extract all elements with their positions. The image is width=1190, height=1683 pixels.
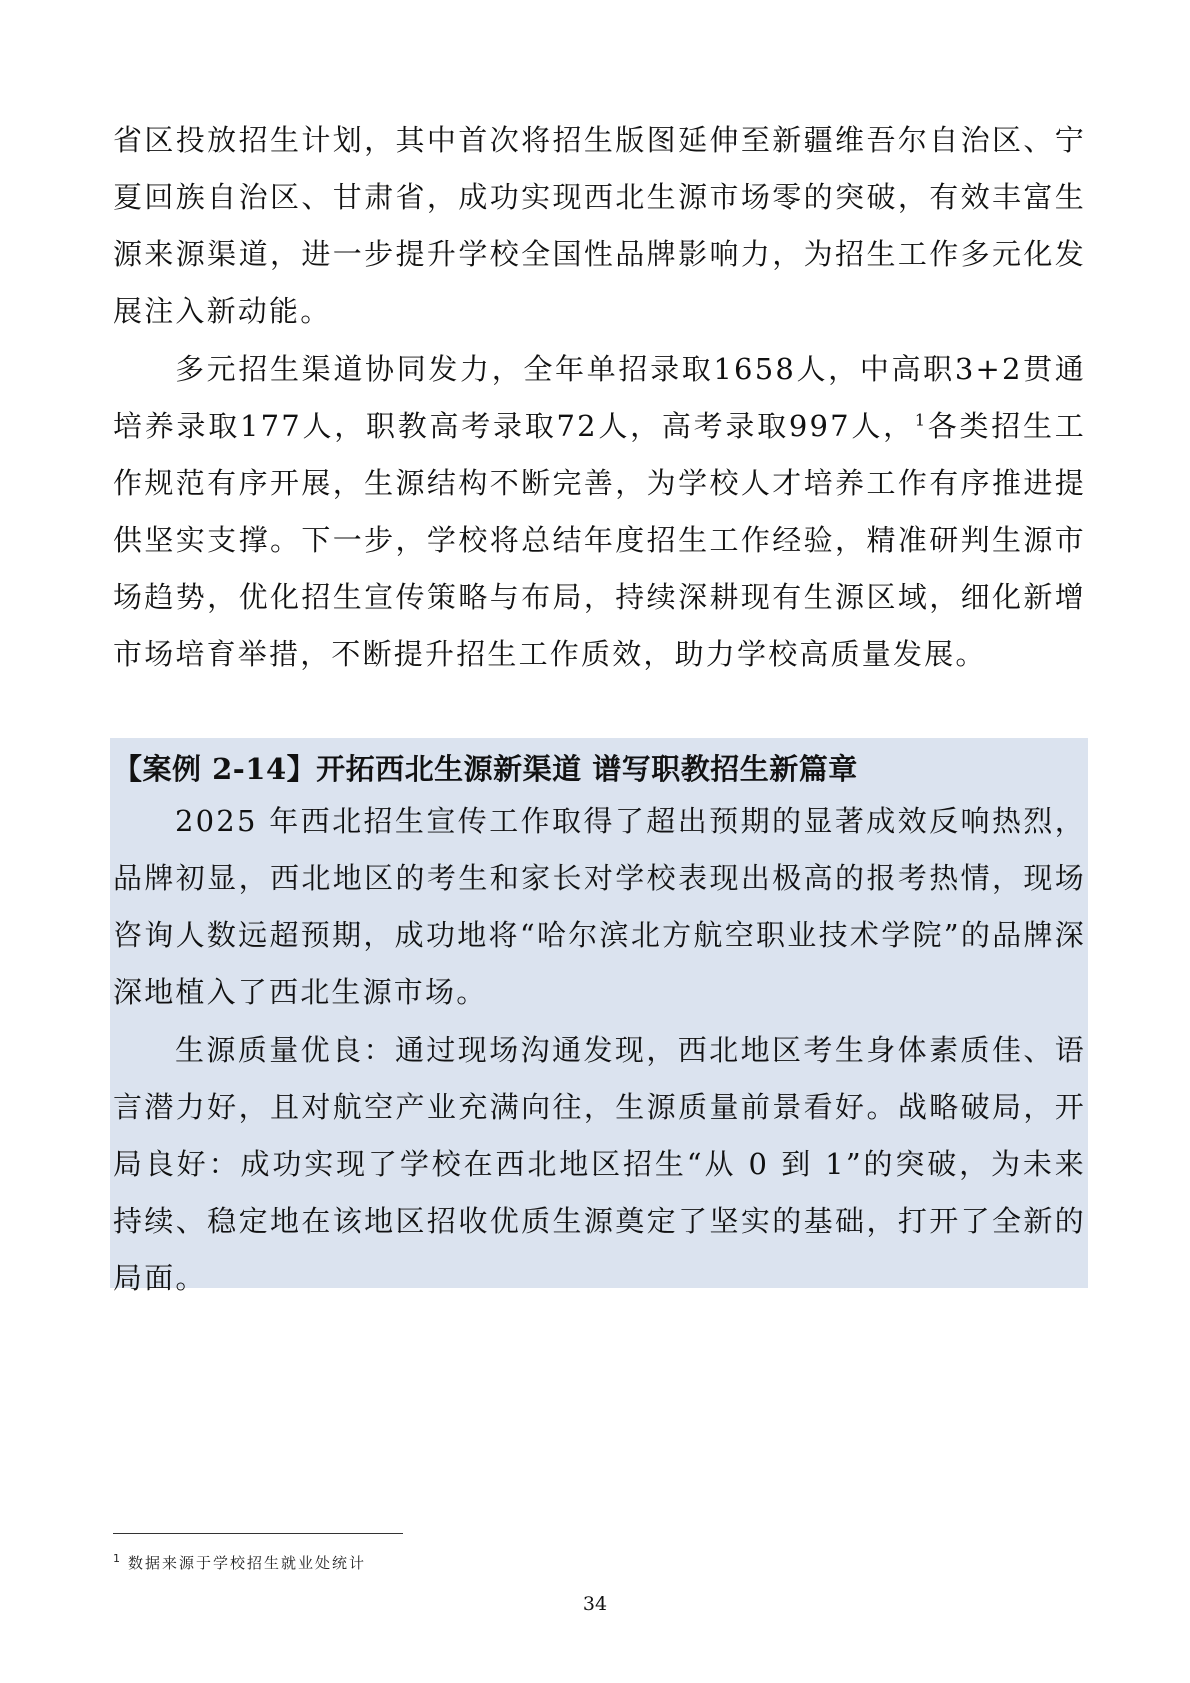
document-page: 省区投放招生计划，其中首次将招生版图延伸至新疆维吾尔自治区、宁夏回族自治区、甘肃… <box>0 0 1190 1683</box>
footnote-divider <box>113 1533 403 1534</box>
paragraph-intro-continuation: 省区投放招生计划，其中首次将招生版图延伸至新疆维吾尔自治区、宁夏回族自治区、甘肃… <box>113 112 1086 340</box>
case-study-title: 【案例 2-14】开拓西北生源新渠道 谱写职教招生新篇章 <box>113 745 858 793</box>
case-paragraph-quality: 生源质量优良：通过现场沟通发现，西北地区考生身体素质佳、语言潜力好，且对航空产业… <box>113 1022 1086 1307</box>
footnote-reference[interactable]: 1 <box>915 410 927 429</box>
page-number: 34 <box>0 1593 1190 1615</box>
footnote-mark: 1 <box>113 1552 122 1565</box>
footnote-text: 数据来源于学校招生就业处统计 <box>128 1554 366 1572</box>
footnote: 1数据来源于学校招生就业处统计 <box>113 1552 366 1573</box>
case-paragraph-results: 2025 年西北招生宣传工作取得了超出预期的显著成效反响热烈，品牌初显，西北地区… <box>113 793 1086 1021</box>
enrollment-summary-text: 各类招生工作规范有序开展，生源结构不断完善，为学校人才培养工作有序推进提供坚实支… <box>113 409 1086 671</box>
paragraph-enrollment-stats: 多元招生渠道协同发力，全年单招录取1658人，中高职3+2贯通培养录取177人，… <box>113 341 1086 683</box>
